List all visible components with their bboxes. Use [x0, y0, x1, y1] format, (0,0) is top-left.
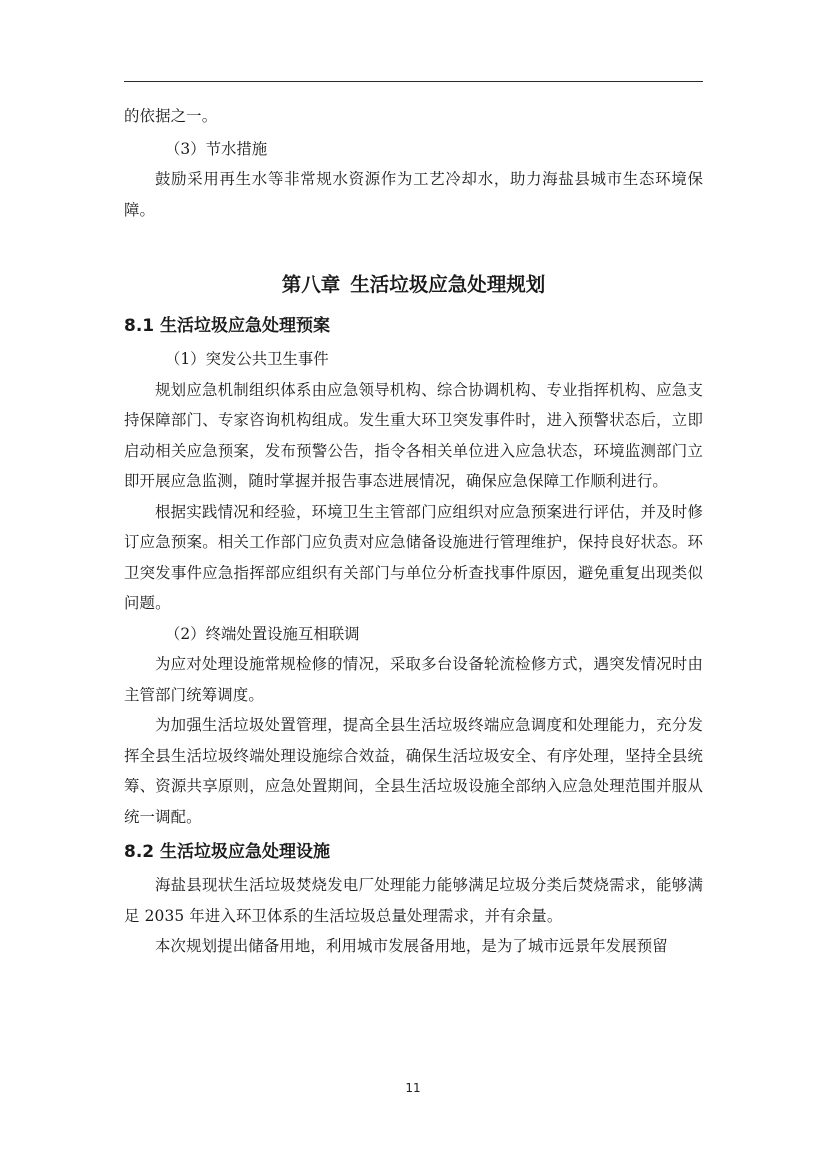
item-1-label: （1）突发公共卫生事件 [124, 344, 703, 375]
section-8-2-paragraph-2: 本次规划提出储备用地，利用城市发展备用地，是为了城市远景年发展预留 [124, 931, 703, 962]
item-1-paragraph-1: 规划应急机制组织体系由应急领导机构、综合协调机构、专业指挥机构、应急支持保障部门… [124, 375, 703, 497]
header-rule [124, 81, 703, 82]
page-number: 11 [0, 1081, 826, 1095]
chapter-number: 第八章 [282, 273, 341, 296]
section-8-1-title: 8.1 生活垃圾应急处理预案 [124, 308, 703, 344]
item-3-paragraph: 鼓励采用再生水等非常规水资源作为工艺冷却水，助力海盐县城市生态环境保障。 [124, 164, 703, 225]
section-8-2-paragraph-1: 海盐县现状生活垃圾焚烧发电厂处理能力能够满足垃圾分类后焚烧需求，能够满足 203… [124, 870, 703, 931]
item-1-paragraph-2: 根据实践情况和经验，环境卫生主管部门应组织对应急预案进行评估，并及时修订应急预案… [124, 497, 703, 619]
continuation-paragraph: 的依据之一。 [124, 101, 703, 132]
item-2-paragraph-2: 为加强生活垃圾处置管理，提高全县生活垃圾终端应急调度和处理能力，充分发挥全县生活… [124, 710, 703, 832]
section-8-2-title: 8.2 生活垃圾应急处理设施 [124, 834, 703, 870]
chapter-name: 生活垃圾应急处理规划 [350, 273, 545, 296]
spacer [124, 225, 703, 262]
item-2-label: （2）终端处置设施互相联调 [124, 619, 703, 650]
page-content: 的依据之一。 （3）节水措施 鼓励采用再生水等非常规水资源作为工艺冷却水，助力海… [124, 101, 703, 962]
item-2-paragraph-1: 为应对处理设施常规检修的情况，采取多台设备轮流检修方式，遇突发情况时由主管部门统… [124, 649, 703, 710]
chapter-title: 第八章生活垃圾应急处理规划 [124, 262, 703, 308]
item-3-label: （3）节水措施 [124, 134, 703, 165]
document-page: 的依据之一。 （3）节水措施 鼓励采用再生水等非常规水资源作为工艺冷却水，助力海… [0, 0, 826, 1169]
